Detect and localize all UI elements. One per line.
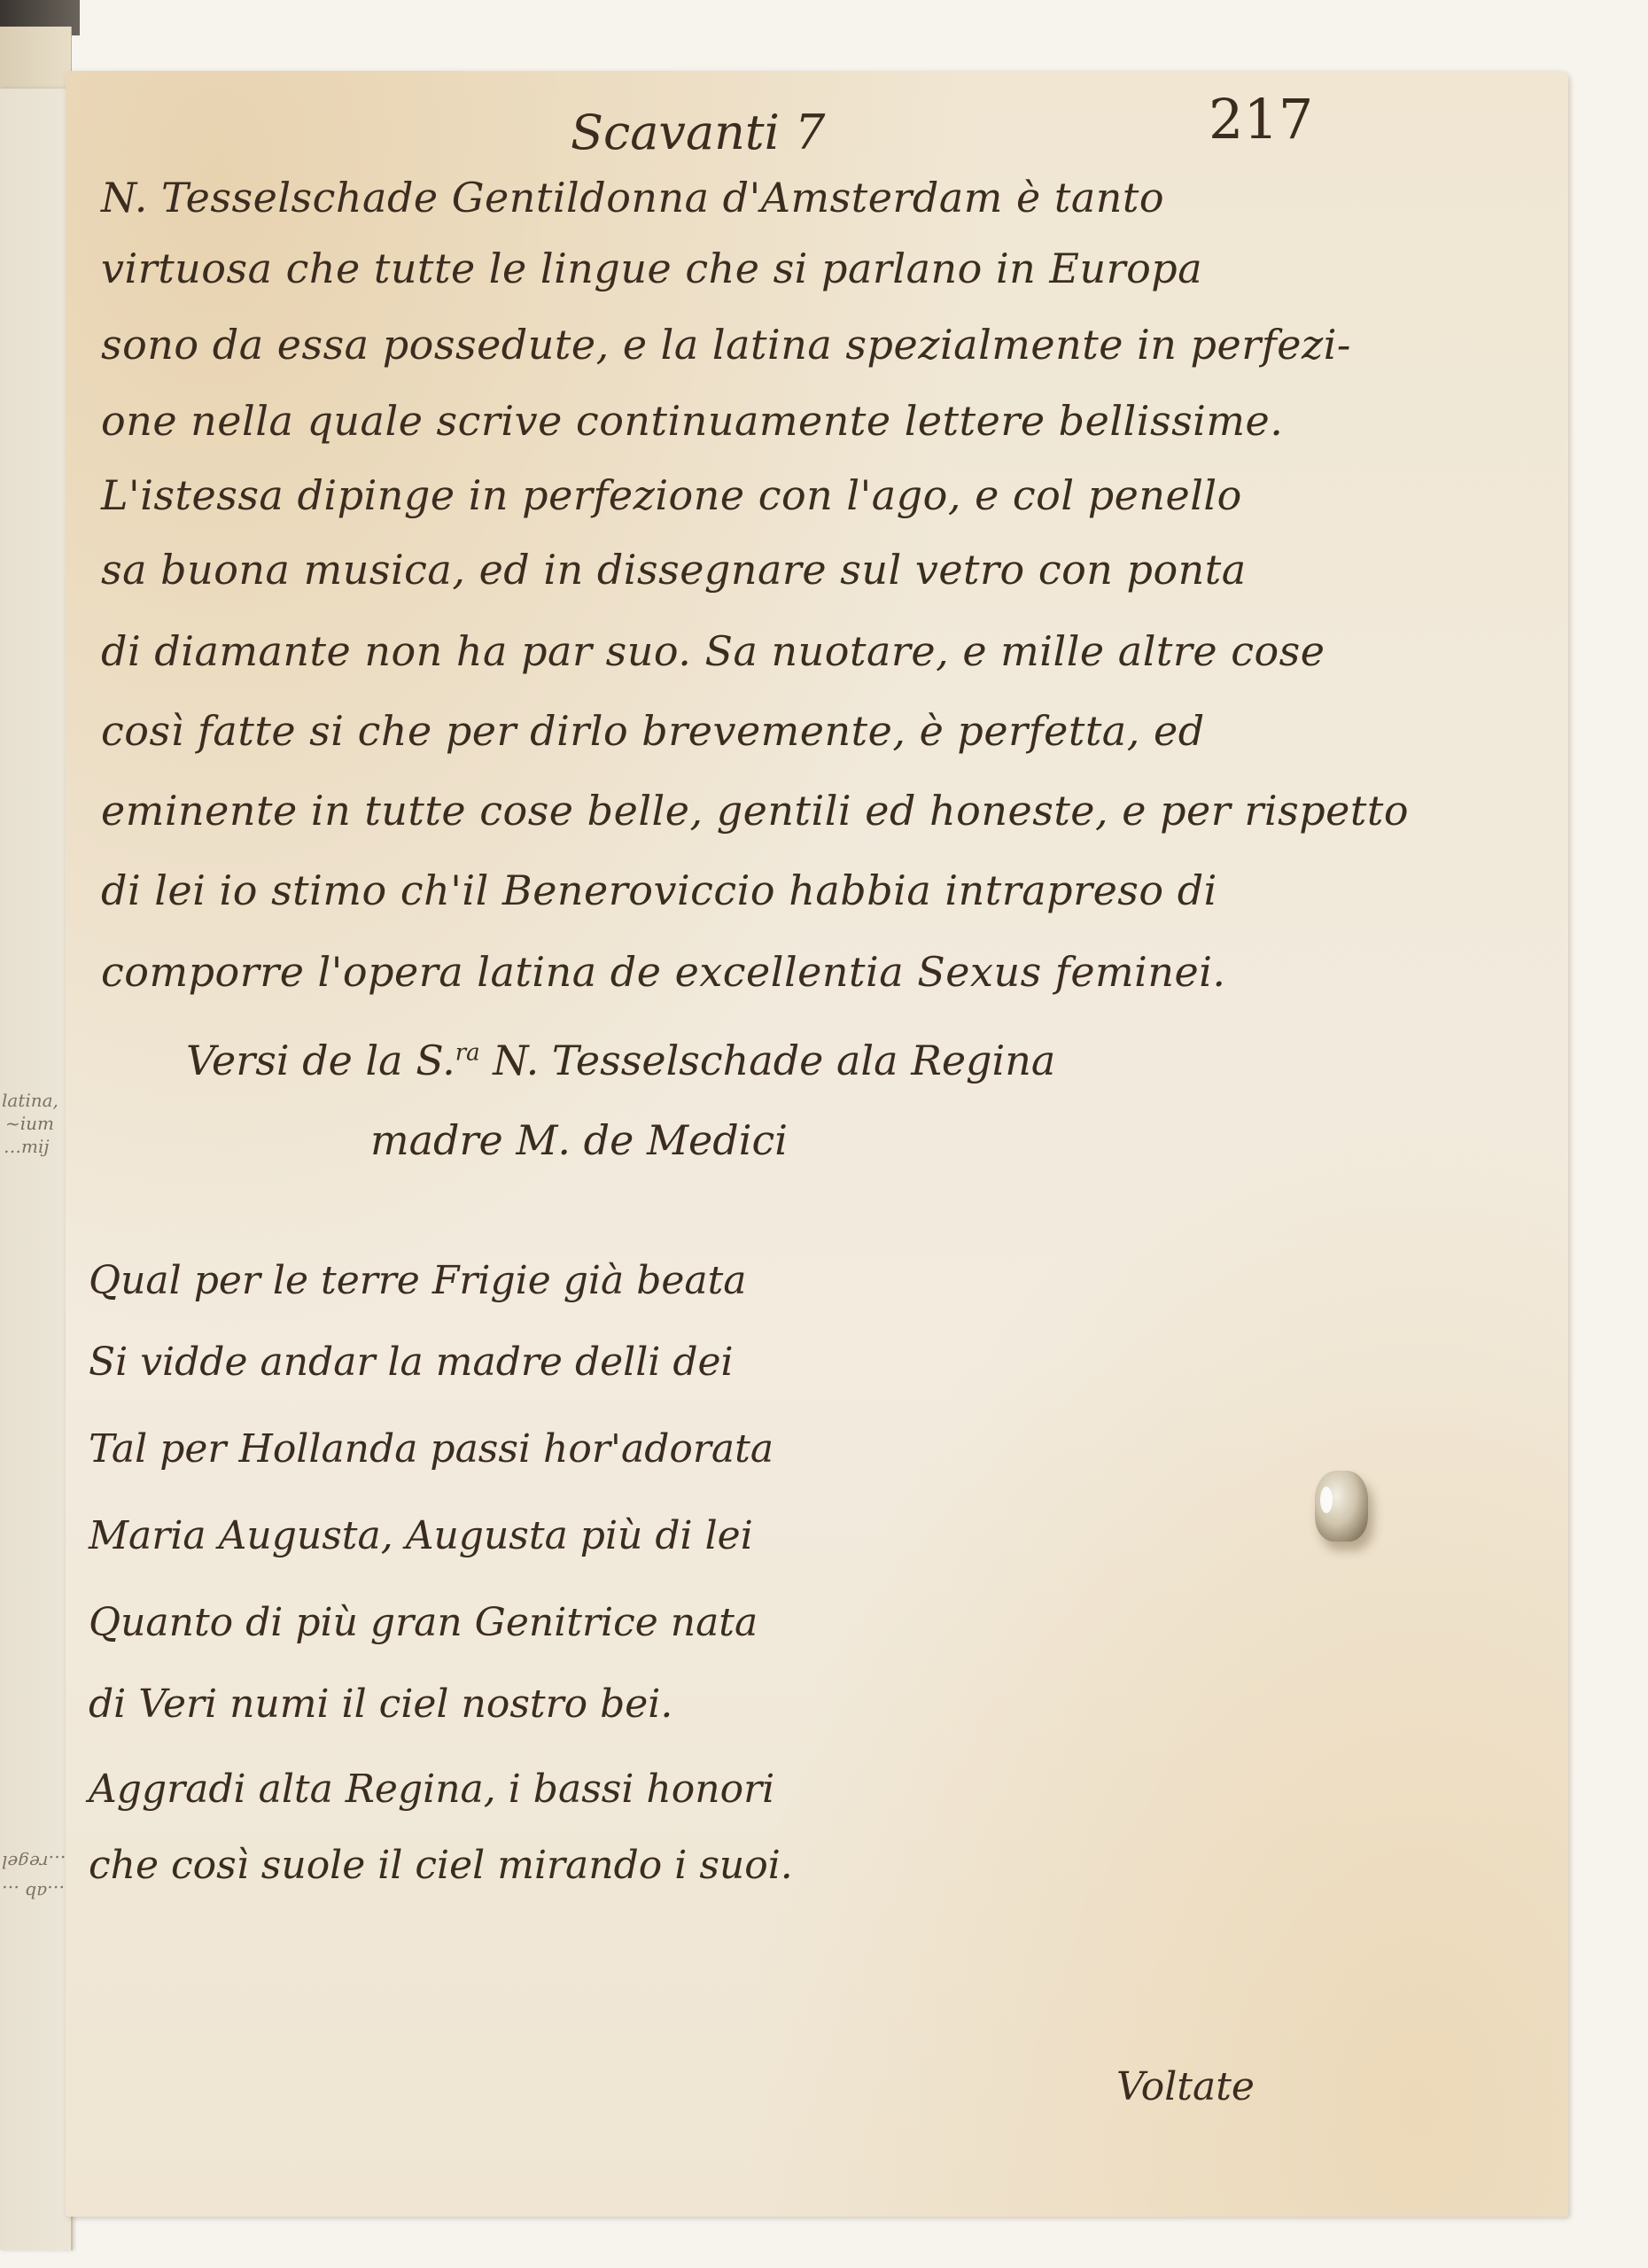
- slip-note: …ab …: [2, 1882, 65, 1903]
- verse-line: di Veri numi il ciel nostro bei.: [89, 1682, 672, 1727]
- verse-line: Tal per Hollanda passi hor'adorata: [89, 1426, 773, 1472]
- prose-line: L'istessa dipinge in perfezione con l'ag…: [101, 471, 1242, 519]
- poem-title-line-2: madre M. de Medici: [370, 1116, 788, 1164]
- folio-number: 217: [1209, 87, 1313, 151]
- verse-line: Qual per le terre Frigie già beata: [89, 1258, 747, 1303]
- poem-title-text: N. Tesselschade ala Regina: [493, 1037, 1055, 1084]
- inserted-slip: latina, ~ium …mij …regel …ab …: [0, 89, 73, 2250]
- slip-note: …mij: [4, 1136, 50, 1157]
- prose-line: sono da essa possedute, e la latina spez…: [101, 321, 1351, 369]
- pin-glint: [1320, 1487, 1333, 1513]
- prose-line: N. Tesselschade Gentildonna d'Amsterdam …: [101, 174, 1164, 221]
- prose-line: one nella quale scrive continuamente let…: [101, 397, 1283, 445]
- superscript-abbrev: ra: [455, 1040, 480, 1067]
- verse-line: Maria Augusta, Augusta più di lei: [89, 1513, 753, 1558]
- catchword: Voltate: [1116, 2064, 1255, 2109]
- slip-note: …regel: [2, 1852, 66, 1873]
- verse-line: Quanto di più gran Genitrice nata: [89, 1600, 758, 1645]
- verse-line: Aggradi alta Regina, i bassi honori: [89, 1767, 774, 1812]
- verse-line: Si vidde andar la madre delli dei: [89, 1340, 734, 1385]
- slip-note: latina,: [2, 1090, 58, 1111]
- prose-line: sa buona musica, ed in dissegnare sul ve…: [101, 546, 1247, 594]
- pin-artifact: [1315, 1471, 1368, 1542]
- poem-title-text: Versi de la S.: [186, 1037, 455, 1084]
- prose-line: virtuosa che tutte le lingue che si parl…: [101, 245, 1202, 292]
- prose-line: di lei io stimo ch'il Beneroviccio habbi…: [101, 866, 1217, 914]
- prose-line: così fatte si che per dirlo brevemente, …: [101, 707, 1205, 755]
- slip-note: ~ium: [5, 1113, 54, 1134]
- manuscript-leaf: Scavanti 7 217 N. Tesselschade Gentildon…: [66, 71, 1568, 2217]
- verse-line: che così suole il ciel mirando i suoi.: [89, 1843, 793, 1888]
- prose-line: comporre l'opera latina de excellentia S…: [101, 948, 1226, 996]
- header-word: Scavanti 7: [571, 105, 825, 160]
- poem-title-line-1: Versi de la S.ra N. Tesselschade ala Reg…: [186, 1037, 1055, 1084]
- prose-line: eminente in tutte cose belle, gentili ed…: [101, 787, 1409, 835]
- prose-line: di diamante non ha par suo. Sa nuotare, …: [101, 627, 1325, 675]
